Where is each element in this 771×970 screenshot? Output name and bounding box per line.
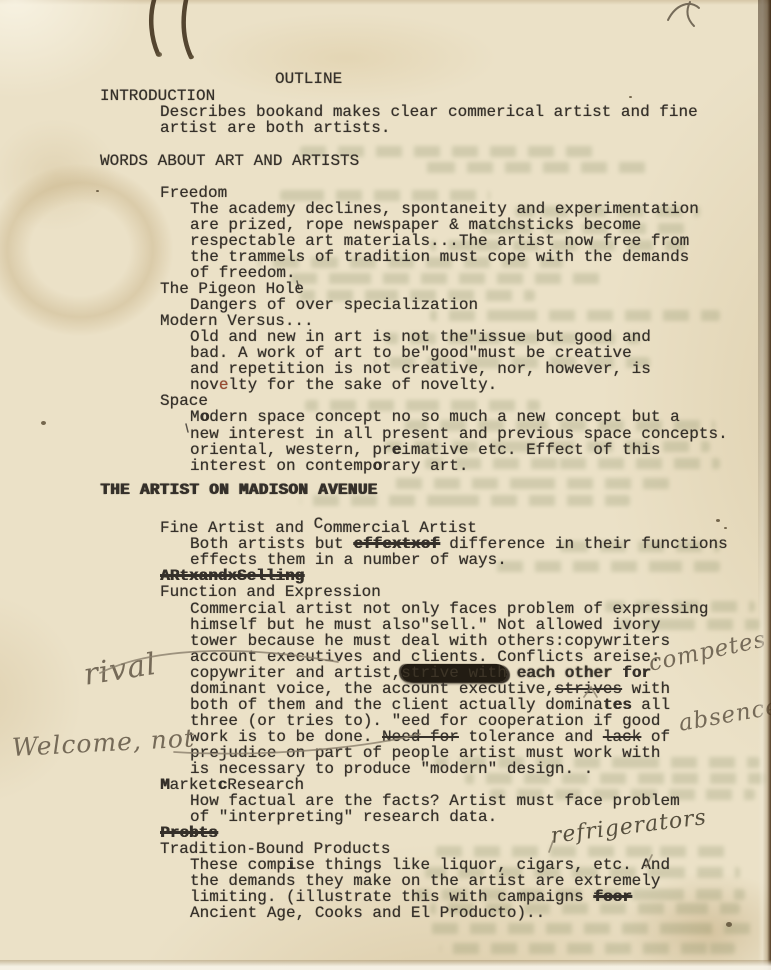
page-title: OUTLINE <box>275 71 342 87</box>
typed-line: tower because he must deal with others:c… <box>190 633 670 649</box>
typed-text: of "interpreting" research data. <box>190 808 497 826</box>
typed-text: lty for the sake of novelty. <box>228 376 497 394</box>
typed-line: effects them in a number of ways. <box>190 552 507 568</box>
stray-apostrophe <box>186 424 188 432</box>
typed-line: Function and Expression <box>160 584 381 600</box>
bleedthrough-line <box>440 943 735 954</box>
typed-line: dominant voice, the account executive,st… <box>190 681 670 697</box>
paper-speck <box>96 190 99 192</box>
typed-line: ARtxandxSelling <box>160 568 304 584</box>
typed-line: INTRODUCTION <box>100 88 215 104</box>
typed-line: work is to be done. Need for tolerance a… <box>190 729 670 745</box>
typed-line: interest on contemporary art. <box>190 458 468 474</box>
typed-line: respectable art materials...The artist n… <box>190 233 689 249</box>
corner-scribble <box>668 2 699 26</box>
typed-text: C <box>314 515 324 533</box>
typed-line: How factual are the facts? Artist must f… <box>190 793 680 809</box>
bleedthrough-line <box>425 923 755 934</box>
typed-text: dern space concept no so much a new conc… <box>209 408 679 426</box>
typed-line: and repetition is not creative, nor, how… <box>190 361 651 377</box>
typed-line: WORDS ABOUT ART AND ARTISTS <box>100 153 359 169</box>
typed-line: Both artists but effextxof difference in… <box>190 536 728 552</box>
typed-text: interest on contemp <box>190 457 372 475</box>
paper-speck <box>726 922 732 927</box>
typed-line: These compise things like liquor, cigars… <box>190 857 670 873</box>
typed-text: o <box>372 457 382 475</box>
typed-line: three (or tries to). "eed for cooperatio… <box>190 713 660 729</box>
typed-text: artist are both artists. <box>160 119 390 137</box>
typed-line: oriental, western, preimative etc. Effec… <box>190 442 661 458</box>
typed-line: account executives and clients. Conflict… <box>190 649 660 665</box>
typed-line: himself but he must also"sell." Not allo… <box>190 617 660 633</box>
typed-text: THE ARTIST ON MADISON AVENUE <box>100 481 377 499</box>
typed-line: the demands they make on the artist are … <box>190 873 660 889</box>
typed-line: novelty for the sake of novelty. <box>190 377 497 393</box>
bleedthrough-line <box>425 458 720 469</box>
paper-speck <box>716 519 720 522</box>
paper-speck <box>41 421 46 425</box>
page-right-edge <box>758 0 771 970</box>
typed-line: Describes bookand makes clear commerical… <box>160 104 698 120</box>
typed-line: are prized, rope newspaper & matchsticks… <box>190 217 641 233</box>
paper-speck <box>629 96 632 98</box>
bleedthrough-line <box>385 478 670 489</box>
typed-line: copywriter and artist,strive with each o… <box>190 665 651 681</box>
typed-line: Freedom <box>160 185 227 201</box>
typed-text: rary art. <box>382 457 468 475</box>
torn-tab-mark-right <box>184 0 191 57</box>
typed-line: Commercial artist not only faces problem… <box>190 601 708 617</box>
bleedthrough-line <box>420 162 650 173</box>
typed-line: Modern Versus... <box>160 313 314 329</box>
typed-text: Function and Expression <box>160 583 381 601</box>
typed-line: Old and new in art is not the"issue but … <box>190 329 651 345</box>
handwritten-note-refrigerators: refrigerators <box>549 805 708 849</box>
typed-line: Ancient Age, Cooks and El Producto).. <box>190 905 545 921</box>
typed-text: e <box>219 376 229 394</box>
handwritten-note-welcome-not: Welcome, not <box>11 723 195 762</box>
typed-line: Fine Artist and Commercial Artist <box>160 520 477 536</box>
bleedthrough-line <box>282 273 602 284</box>
document-page: OUTLINE INTRODUCTIONDescribes bookand ma… <box>0 0 771 970</box>
typed-line: Probts <box>160 825 218 841</box>
torn-tab-mark-left <box>151 0 158 54</box>
page-bottom-edge <box>0 960 771 970</box>
typed-line: Modern space concept no so much a new co… <box>190 409 680 425</box>
typed-text: M <box>160 776 170 794</box>
typed-text: M <box>190 408 200 426</box>
typed-line: Tradition-Bound Products <box>160 841 390 857</box>
bleedthrough-line <box>485 561 720 572</box>
typed-line: limiting. (illustrate this with campaign… <box>190 889 632 905</box>
typed-line: artist are both artists. <box>160 120 390 136</box>
typed-line: is necessary to produce "modern" design.… <box>190 761 593 777</box>
typed-line: MarketcResearch <box>160 777 304 793</box>
typed-line: THE ARTIST ON MADISON AVENUE <box>100 482 377 498</box>
typed-text: WORDS ABOUT ART AND ARTISTS <box>100 152 359 170</box>
paper-speck <box>724 527 727 529</box>
handwritten-note-rival: rival <box>81 647 159 693</box>
typed-line: of freedom. <box>190 265 296 281</box>
typed-line: Dangers of over specialization <box>190 297 478 313</box>
typed-line: The Pigeon Hole <box>160 281 304 297</box>
typed-line: prejudice on part of people artist must … <box>190 745 660 761</box>
typed-line: the trammels of tradition must cope with… <box>190 249 689 265</box>
paper-speck <box>189 55 194 59</box>
typed-line: new interest in all present and previous… <box>190 426 728 442</box>
typed-line: Space <box>160 393 208 409</box>
typed-line: bad. A work of art to be"good"must be cr… <box>190 345 632 361</box>
typed-line: both of them and the client actually dom… <box>190 697 670 713</box>
paper-speck <box>156 52 162 57</box>
struck-text: foor <box>593 888 631 906</box>
typed-text: o <box>200 408 210 426</box>
handwritten-note-absence: absence <box>677 693 771 736</box>
typed-line: of "interpreting" research data. <box>190 809 497 825</box>
typed-text: Ancient Age, Cooks and El Producto).. <box>190 904 545 922</box>
typed-line: The academy declines, spontaneity and ex… <box>190 201 699 217</box>
